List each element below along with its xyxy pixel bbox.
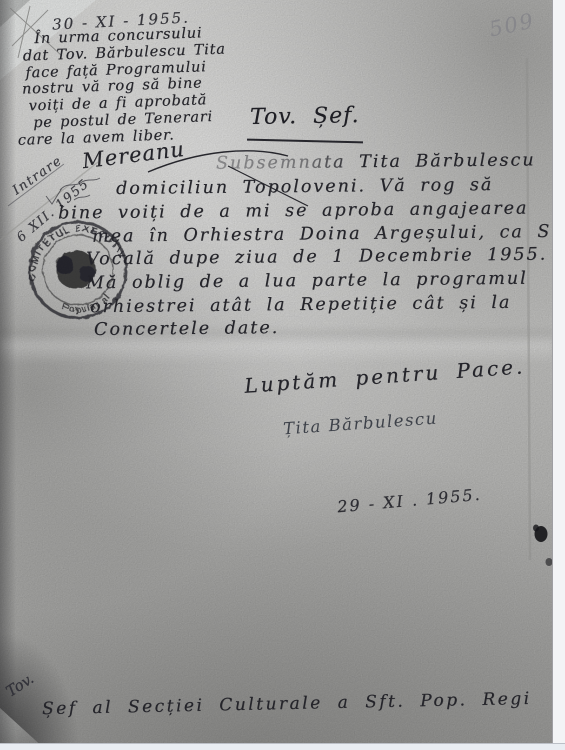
photo-border-right xyxy=(552,0,565,750)
scanned-document-photo: COMITETUL EXECUTIV Popular al 30 - XI - … xyxy=(0,0,565,750)
paper-edge-shadow-left xyxy=(0,0,16,750)
salutation: Tov. Șef. xyxy=(250,103,360,130)
photo-border-bottom xyxy=(0,743,565,750)
resolution-note: În urma concursului dat Tov. Bărbulescu … xyxy=(22,24,229,149)
body-line: Concertele date. xyxy=(94,318,279,340)
body-line: domiciliun Topoloveni. Vă rog să xyxy=(116,175,493,199)
body-line: Subsemnata Tita Bărbulescu xyxy=(216,150,536,173)
